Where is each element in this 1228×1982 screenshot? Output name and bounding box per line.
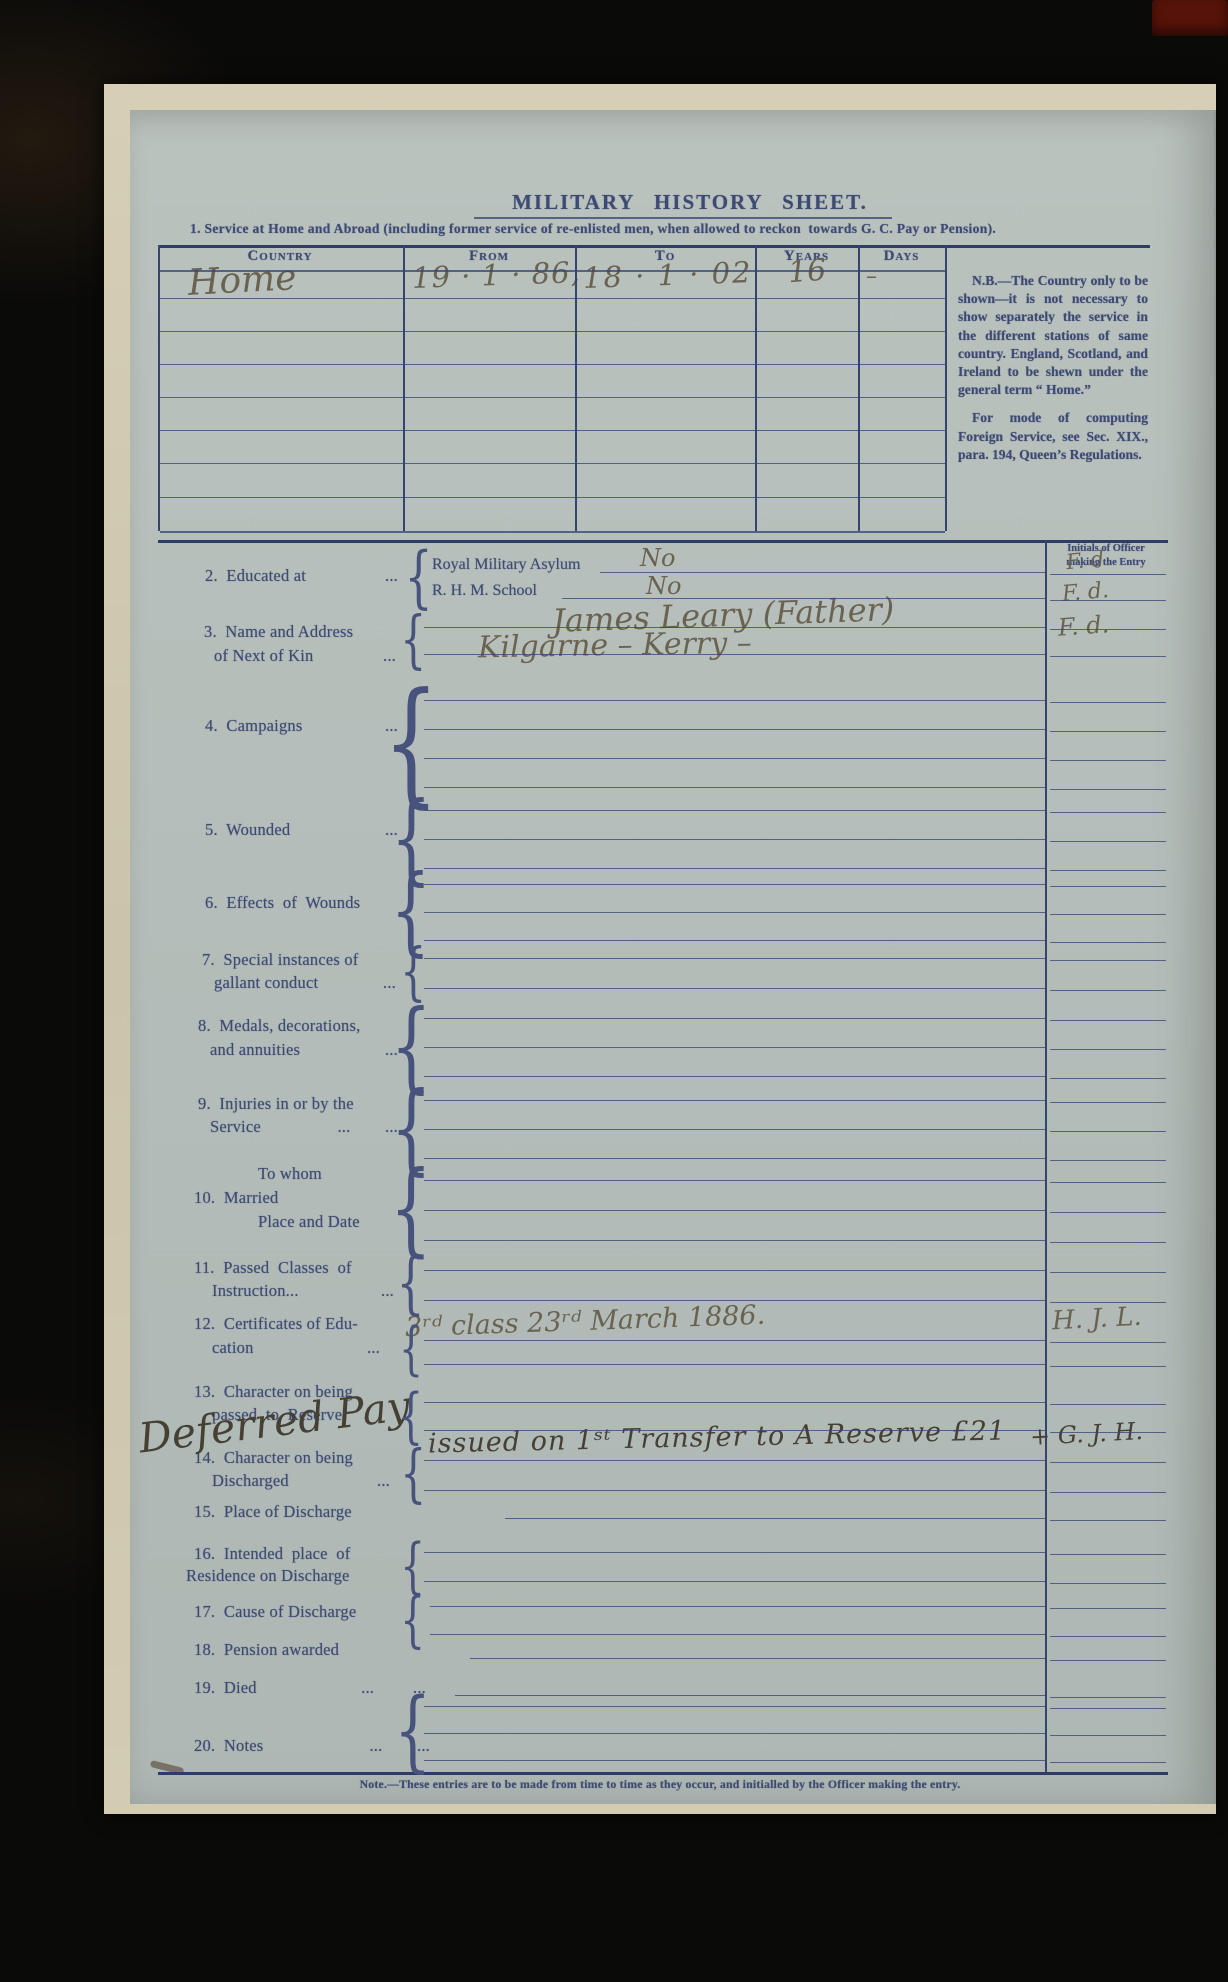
brace-glyph: { bbox=[399, 1321, 423, 1378]
section-brace: { bbox=[400, 1542, 426, 1588]
section-11-label-2: Instruction...... bbox=[212, 1281, 394, 1301]
brace-glyph: { bbox=[397, 1250, 425, 1318]
ruled-line bbox=[1050, 1583, 1166, 1584]
table-border-line bbox=[858, 245, 860, 531]
ruled-line bbox=[1050, 1636, 1166, 1637]
section-16-label-2: Residence on Discharge bbox=[186, 1566, 350, 1586]
handwritten-days: – bbox=[866, 264, 877, 289]
ruled-line bbox=[1050, 870, 1166, 871]
brace-glyph: { bbox=[401, 1589, 426, 1649]
ruled-line bbox=[1050, 1272, 1166, 1273]
section-9-dots: ... ... bbox=[337, 1117, 398, 1137]
ruled-line bbox=[1050, 1708, 1166, 1709]
handwritten-initials-s12: H. J. L. bbox=[1051, 1302, 1142, 1337]
section-15-label: 15. Place of Discharge bbox=[194, 1502, 352, 1522]
ruled-line bbox=[1050, 1242, 1166, 1243]
table-border-line bbox=[1045, 540, 1047, 1772]
ruled-line bbox=[424, 1270, 1045, 1271]
ruled-line bbox=[160, 364, 945, 365]
section-12-label-2-text: cation bbox=[212, 1338, 254, 1358]
section-2-row2-label: R. H. M. School bbox=[432, 582, 537, 600]
ruled-line bbox=[160, 270, 945, 272]
ruled-line bbox=[1050, 1020, 1166, 1021]
handwritten-educated-2: No bbox=[646, 572, 681, 600]
ruled-line bbox=[424, 1402, 1045, 1403]
section-12-dots: ... bbox=[367, 1338, 380, 1358]
ruled-line bbox=[424, 627, 1045, 628]
ruled-line bbox=[424, 1100, 1045, 1101]
nb-note: N.B.—The Country only to be shown—it is … bbox=[958, 272, 1148, 474]
ruled-line bbox=[424, 958, 1045, 959]
section-18-label: 18. Pension awarded bbox=[194, 1640, 339, 1660]
ruled-line bbox=[424, 787, 1045, 788]
ruled-line bbox=[1050, 1554, 1166, 1555]
ruled-line bbox=[158, 245, 1150, 248]
ruled-line bbox=[424, 839, 1045, 840]
ruled-line bbox=[160, 298, 945, 299]
section-11-dots: ... bbox=[381, 1281, 394, 1301]
ruled-line bbox=[424, 1490, 1045, 1491]
ruled-line bbox=[424, 912, 1045, 913]
handwritten-initials-1: F. d. bbox=[1065, 546, 1112, 575]
section-12-label-1: 12. Certificates of Edu- bbox=[194, 1314, 358, 1334]
brace-glyph: { bbox=[399, 1385, 424, 1445]
section-10-to-whom: To whom bbox=[258, 1164, 322, 1184]
ruled-line bbox=[1050, 1078, 1166, 1079]
section-16-label-1: 16. Intended place of bbox=[194, 1544, 350, 1564]
brace-glyph: { bbox=[400, 1443, 426, 1505]
ruled-line bbox=[1050, 1697, 1166, 1698]
ruled-line bbox=[424, 868, 1045, 869]
section-19-label: 19. Died... ... bbox=[194, 1678, 426, 1698]
section-19-label-text: 19. Died bbox=[194, 1678, 257, 1698]
nb-paragraph-1: N.B.—The Country only to be shown—it is … bbox=[958, 272, 1148, 399]
ruled-line bbox=[424, 729, 1045, 730]
ruled-line bbox=[1050, 702, 1166, 703]
handwritten-educated-1: No bbox=[640, 544, 675, 572]
ruled-line bbox=[1050, 629, 1166, 630]
ruled-line bbox=[424, 1300, 1045, 1301]
ruled-line bbox=[1050, 1432, 1166, 1433]
ruled-line bbox=[1050, 731, 1166, 732]
ruled-line bbox=[424, 1760, 1045, 1761]
handwritten-next-of-kin-address: Kilgarne – Kerry – bbox=[478, 626, 752, 666]
red-label-sticker bbox=[1152, 0, 1228, 36]
ruled-line bbox=[424, 700, 1045, 701]
handwritten-to-date: 18 · 1 · 02 bbox=[582, 255, 753, 295]
ruled-line bbox=[1050, 1492, 1166, 1493]
section-8-label-2: and annuities... bbox=[210, 1040, 398, 1060]
section-14-dots: ... bbox=[377, 1471, 390, 1491]
ruled-line bbox=[1050, 1404, 1166, 1405]
ruled-line bbox=[160, 397, 945, 398]
ruled-line bbox=[424, 1430, 1045, 1431]
ruled-line bbox=[158, 1772, 1168, 1775]
ruled-line bbox=[1050, 1342, 1166, 1343]
section-5-label-text: 5. Wounded bbox=[205, 820, 290, 840]
ruled-line bbox=[455, 1695, 1045, 1696]
section-3-label-2-text: of Next of Kin bbox=[214, 646, 314, 666]
ruled-line bbox=[1050, 960, 1166, 961]
ruled-line bbox=[160, 331, 945, 332]
section-10-label: 10. Married bbox=[194, 1188, 278, 1208]
ruled-line bbox=[1050, 1049, 1166, 1050]
section-7-label-2-text: gallant conduct bbox=[214, 973, 318, 993]
ruled-line bbox=[424, 758, 1045, 759]
section-brace: { bbox=[400, 1698, 426, 1766]
section-brace: { bbox=[400, 616, 426, 664]
ruled-line bbox=[1050, 574, 1166, 575]
ruled-line bbox=[1050, 656, 1166, 657]
ruled-line bbox=[1050, 1462, 1166, 1463]
section-brace: { bbox=[398, 1392, 424, 1438]
ruled-line bbox=[1050, 760, 1166, 761]
ruled-line bbox=[1050, 841, 1166, 842]
ruled-line bbox=[424, 1706, 1045, 1707]
ruled-line bbox=[1050, 914, 1166, 915]
ruled-line bbox=[474, 217, 892, 219]
ruled-line bbox=[424, 1460, 1045, 1461]
ruled-line bbox=[424, 1158, 1045, 1159]
ruled-line bbox=[424, 1076, 1045, 1077]
section-brace: { bbox=[400, 1596, 426, 1642]
section-brace: { bbox=[398, 690, 424, 794]
table-border-line bbox=[403, 245, 405, 531]
ruled-line bbox=[424, 1210, 1045, 1211]
col-header-days: Days bbox=[858, 248, 945, 265]
section-14-label-2: Discharged... bbox=[212, 1471, 390, 1491]
ruled-line bbox=[424, 1733, 1045, 1734]
section-2-label: 2. Educated at... bbox=[205, 566, 398, 586]
ruled-line bbox=[160, 430, 945, 431]
section-17-label: 17. Cause of Discharge bbox=[194, 1602, 356, 1622]
ruled-line bbox=[505, 1518, 1045, 1519]
ruled-line bbox=[424, 1552, 1045, 1553]
ruled-line bbox=[424, 1364, 1045, 1365]
ruled-line bbox=[424, 988, 1045, 989]
section-7-label-2: gallant conduct... bbox=[214, 973, 396, 993]
section-5-label: 5. Wounded... bbox=[205, 820, 398, 840]
section-11-label-1: 11. Passed Classes of bbox=[194, 1258, 352, 1278]
handwritten-from-date: 19 · 1 · 86, bbox=[411, 255, 581, 295]
table-border-line bbox=[575, 245, 577, 531]
ruled-line bbox=[1050, 990, 1166, 991]
brace-glyph: { bbox=[405, 544, 433, 612]
section-brace: { bbox=[398, 1170, 424, 1248]
ruled-line bbox=[424, 1129, 1045, 1130]
section-9-label-2-text: Service bbox=[210, 1117, 261, 1137]
section-8-label-2-text: and annuities bbox=[210, 1040, 300, 1060]
ruled-line bbox=[424, 1047, 1045, 1048]
section-11-label-2-text: Instruction... bbox=[212, 1281, 299, 1301]
footer-note: Note.—These entries are to be made from … bbox=[250, 1777, 1070, 1792]
ruled-line bbox=[1050, 1302, 1166, 1303]
section-2-row1-label: Royal Military Asylum bbox=[432, 556, 580, 574]
section-14-label-2-text: Discharged bbox=[212, 1471, 289, 1491]
brace-glyph: { bbox=[395, 1688, 432, 1776]
ruled-line bbox=[430, 1634, 1045, 1635]
ruled-line bbox=[430, 1606, 1045, 1607]
ruled-line bbox=[158, 540, 1168, 543]
handwritten-initials-2: F. d. bbox=[1061, 578, 1110, 607]
section-10-place-date: Place and Date bbox=[258, 1212, 360, 1232]
ruled-line bbox=[160, 531, 945, 533]
ruled-line bbox=[160, 497, 945, 498]
table-border-line bbox=[158, 245, 160, 531]
ruled-line bbox=[1050, 1735, 1166, 1736]
ruled-line bbox=[1050, 1182, 1166, 1183]
ruled-line bbox=[1050, 886, 1166, 887]
ruled-line bbox=[424, 884, 1045, 885]
ruled-line bbox=[1050, 1212, 1166, 1213]
ruled-line bbox=[424, 1340, 1045, 1341]
ruled-line bbox=[424, 1240, 1045, 1241]
ruled-line bbox=[1050, 1762, 1166, 1763]
ruled-line bbox=[1050, 600, 1166, 601]
section-9-label-2: Service... ... bbox=[210, 1117, 398, 1137]
section-3-label-1: 3. Name and Address bbox=[204, 622, 353, 642]
ruled-line bbox=[1050, 812, 1166, 813]
section-brace: { bbox=[398, 1328, 424, 1372]
table-border-line bbox=[945, 245, 947, 531]
section-20-label-text: 20. Notes bbox=[194, 1736, 263, 1756]
handwritten-initials-3: F. d. bbox=[1057, 610, 1110, 642]
section-12-label-2: cation... bbox=[212, 1338, 380, 1358]
ruled-line bbox=[424, 1018, 1045, 1019]
section-2-label-text: 2. Educated at bbox=[205, 566, 306, 586]
ruled-line bbox=[1050, 942, 1166, 943]
ruled-line bbox=[424, 940, 1045, 941]
nb-paragraph-2: For mode of computing Foreign Service, s… bbox=[958, 409, 1148, 464]
section-brace: { bbox=[406, 552, 432, 604]
ruled-line bbox=[1050, 1520, 1166, 1521]
section-6-label: 6. Effects of Wounds bbox=[205, 893, 360, 913]
ruled-line bbox=[1050, 1366, 1166, 1367]
section-9-label-1: 9. Injuries in or by the bbox=[198, 1094, 354, 1114]
table-border-line bbox=[755, 245, 757, 531]
page-title: MILITARY HISTORY SHEET. bbox=[430, 190, 950, 215]
ruled-line bbox=[1050, 1660, 1166, 1661]
ruled-line bbox=[1050, 1160, 1166, 1161]
ruled-line bbox=[424, 1180, 1045, 1181]
section-7-label-1: 7. Special instances of bbox=[202, 950, 358, 970]
section-8-label-1: 8. Medals, decorations, bbox=[198, 1016, 360, 1036]
ruled-line bbox=[424, 654, 1045, 655]
handwritten-country: Home bbox=[187, 257, 298, 304]
section-brace: { bbox=[400, 1450, 426, 1498]
ruled-line bbox=[562, 598, 1045, 599]
ruled-line bbox=[1050, 1608, 1166, 1609]
section-3-label-2: of Next of Kin... bbox=[214, 646, 396, 666]
ruled-line bbox=[160, 463, 945, 464]
section-brace: { bbox=[398, 1258, 424, 1310]
ruled-line bbox=[470, 1658, 1045, 1659]
ruled-line bbox=[1050, 1102, 1166, 1103]
service-heading: 1. Service at Home and Abroad (including… bbox=[190, 221, 1130, 237]
ruled-line bbox=[1050, 789, 1166, 790]
ruled-line bbox=[424, 1581, 1045, 1582]
section-4-label-text: 4. Campaigns bbox=[205, 716, 302, 736]
ruled-line bbox=[424, 810, 1045, 811]
ruled-line bbox=[600, 572, 1045, 573]
section-2-dots: ... bbox=[385, 566, 398, 586]
section-4-label: 4. Campaigns... bbox=[205, 716, 398, 736]
scan-background: MILITARY HISTORY SHEET. 1. Service at Ho… bbox=[0, 0, 1228, 1982]
ruled-line bbox=[1050, 1131, 1166, 1132]
